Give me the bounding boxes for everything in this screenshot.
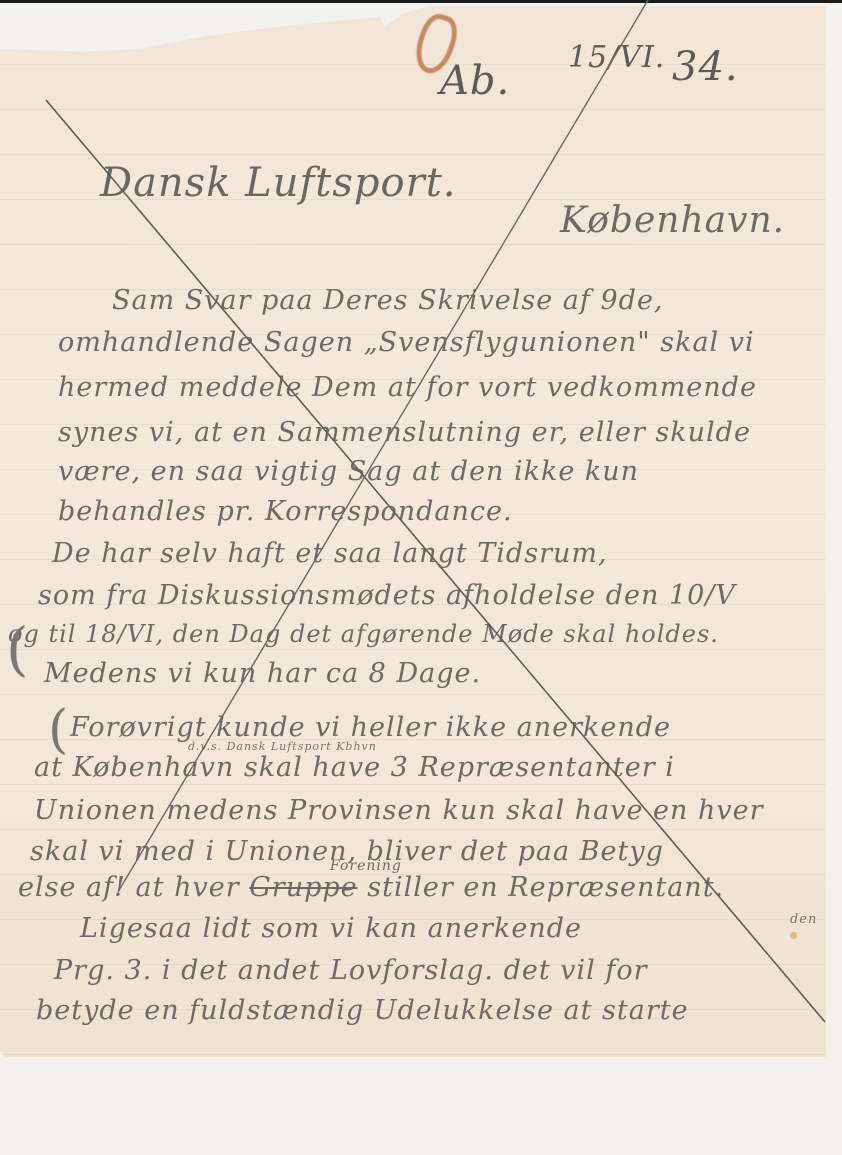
strike-line-2 xyxy=(118,0,648,892)
cross-out-marks xyxy=(0,0,842,1155)
strike-line-1 xyxy=(46,100,825,1022)
